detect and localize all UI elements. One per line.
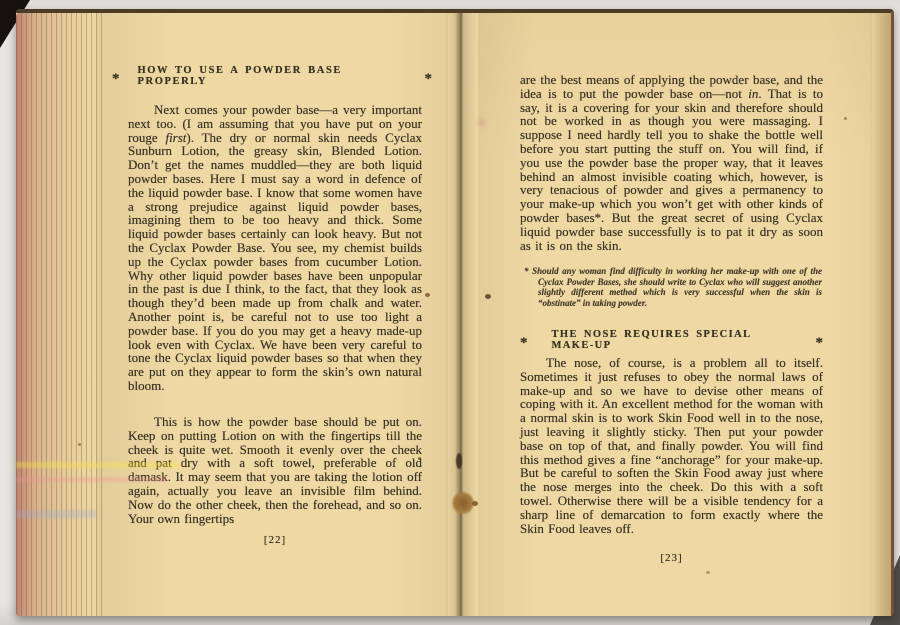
section-heading: * THE NOSE REQUIRES SPECIAL MAKE-UP *	[520, 329, 823, 351]
paragraph: This is how the powder base should be pu…	[128, 415, 422, 525]
stain-spot	[456, 453, 462, 469]
highlight-streak	[16, 462, 181, 468]
page-number: [23]	[520, 552, 823, 564]
stain-spot	[706, 571, 710, 574]
left-page: * HOW TO USE A POWDER BASE PROPERLY * Ne…	[96, 13, 448, 616]
stain-spot	[418, 457, 421, 460]
stain-spot	[485, 294, 491, 299]
asterisk-ornament-icon: *	[425, 76, 433, 82]
paragraph: are the best means of applying the powde…	[520, 73, 823, 252]
stain-spot	[844, 117, 847, 120]
stain-spot	[472, 501, 478, 506]
photo-background: * HOW TO USE A POWDER BASE PROPERLY * Ne…	[0, 0, 900, 625]
open-book: * HOW TO USE A POWDER BASE PROPERLY * Ne…	[16, 9, 894, 616]
running-head-text: HOW TO USE A POWDER BASE PROPERLY	[138, 65, 407, 87]
asterisk-ornament-icon: *	[112, 76, 120, 82]
paragraph: Next comes your powder base—a very impor…	[128, 103, 422, 393]
highlight-streak	[16, 510, 96, 518]
section-heading-text: THE NOSE REQUIRES SPECIAL MAKE-UP	[552, 329, 792, 351]
page-number: [22]	[128, 534, 422, 546]
stain-spot	[478, 119, 485, 126]
stain-spot	[452, 491, 474, 515]
right-page: are the best means of applying the powde…	[478, 13, 872, 616]
stain-spot	[425, 293, 430, 297]
left-page-edges	[16, 13, 104, 616]
right-page-fore-edge	[869, 13, 891, 616]
paragraph: The nose, of course, is a problem all to…	[520, 356, 823, 535]
running-head: * HOW TO USE A POWDER BASE PROPERLY *	[112, 65, 432, 87]
asterisk-ornament-icon: *	[520, 340, 528, 346]
asterisk-ornament-icon: *	[816, 340, 824, 346]
stain-spot	[78, 443, 81, 446]
highlight-streak	[16, 477, 166, 482]
book-spine-gutter	[444, 13, 478, 616]
footnote: * Should any woman find difficulty in wo…	[524, 266, 822, 308]
